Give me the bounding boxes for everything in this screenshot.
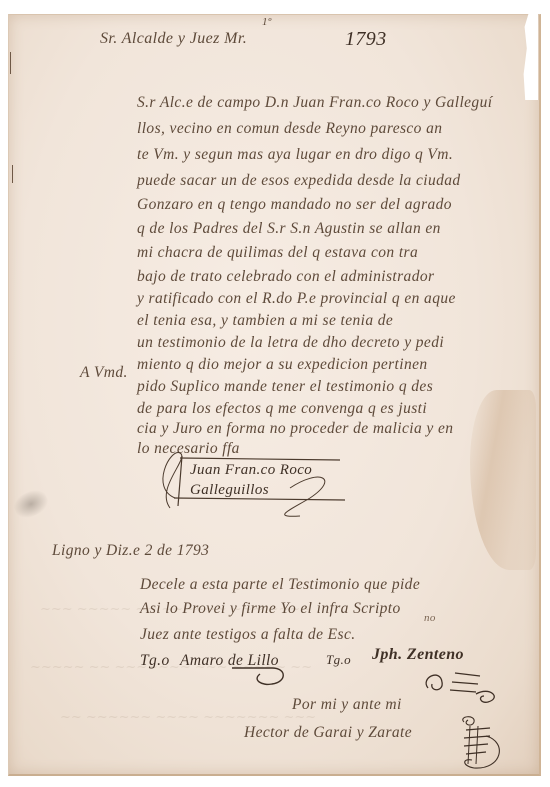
petition-line: llos, vecino en comun desde Reyno paresc… <box>137 120 442 138</box>
petition-line: miento q dio mejor a su expedicion perti… <box>137 356 428 374</box>
witness-prefix: Tg.o <box>140 652 170 670</box>
petition-line: y ratificado con el R.do P.e provincial … <box>137 290 456 308</box>
margin-mark <box>12 165 13 183</box>
margin-mark <box>10 52 11 74</box>
decree-interlinear: no <box>424 612 436 624</box>
petition-line: cia y Juro en forma no proceder de malic… <box>137 420 453 438</box>
petition-line: Gonzaro en q tengo mandado no ser del ag… <box>137 196 452 214</box>
signature-flourish-icon <box>420 668 500 709</box>
signature-flourish-icon <box>232 662 292 697</box>
petition-line: te Vm. y segun mas aya lugar en dro digo… <box>137 146 453 164</box>
bleed-through-text: ~~ ~~~~~~ ~~~~ ~~~~~~~ ~~~ <box>60 710 316 725</box>
header-title: Sr. Alcalde y Juez Mr. <box>100 30 247 48</box>
decree-line: Asi lo Provei y firme Yo el infra Script… <box>140 600 401 618</box>
petitioner-signature-line1: Juan Fran.co Roco <box>190 462 312 479</box>
petition-line: mi chacra de quilimas del q estava con t… <box>137 244 418 262</box>
petition-line: S.r Alc.e de campo D.n Juan Fran.co Roco… <box>137 94 492 112</box>
petition-line: bajo de trato celebrado con el administr… <box>137 268 434 286</box>
decree-line: Juez ante testigos a falta de Esc. <box>140 626 356 644</box>
petition-line: un testimonio de la letra de dho decreto… <box>137 334 444 352</box>
decree-line: Decele a esta parte el Testimonio que pi… <box>140 576 420 594</box>
closing-line2: Hector de Garai y Zarate <box>244 724 412 742</box>
decree-place-date: Ligno y Diz.e 2 de 1793 <box>52 542 209 560</box>
petition-line: el tenia esa, y tambien a mi se tenia de <box>137 312 393 330</box>
header-superscript: 1º <box>262 16 272 28</box>
petition-line: pido Suplico mande tener el testimonio q… <box>137 378 433 396</box>
witness-prefix: Tg.o <box>326 652 351 668</box>
margin-note: A Vmd. <box>80 364 128 382</box>
petition-line: puede sacar un de esos expedida desde la… <box>137 172 461 190</box>
header-title-text: Sr. Alcalde y Juez Mr. <box>100 30 247 47</box>
header-year: 1793 <box>345 28 387 51</box>
notary-rubric-icon <box>456 716 506 777</box>
witness-signature: Jph. Zenteno <box>372 646 464 664</box>
petition-line: q de los Padres del S.r S.n Agustin se a… <box>137 220 441 238</box>
closing-line1: Por mi y ante mi <box>292 696 402 714</box>
petition-line: de para los efectos q me convenga q es j… <box>137 400 427 418</box>
petitioner-signature-line2: Galleguillos <box>190 482 269 499</box>
